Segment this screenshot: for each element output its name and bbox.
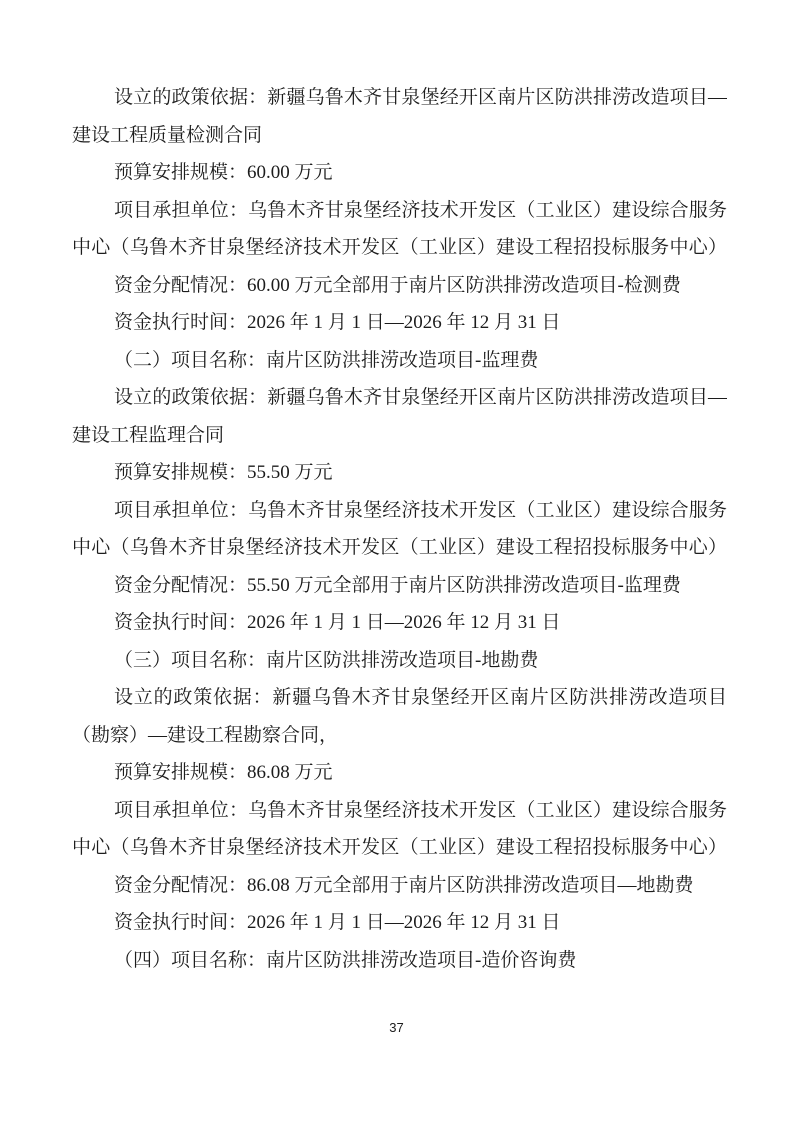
text-line: 中心（乌鲁木齐甘泉堡经济技术开发区（工业区）建设工程招投标服务中心） xyxy=(72,529,727,567)
text-line: 资金分配情况：60.00 万元全部用于南片区防洪排涝改造项目-检测费 xyxy=(72,267,727,305)
text-line: 设立的政策依据：新疆乌鲁木齐甘泉堡经开区南片区防洪排涝改造项目 xyxy=(72,679,727,717)
text-line: （勘察）—建设工程勘察合同， xyxy=(72,717,727,755)
text-line: 预算安排规模：86.08 万元 xyxy=(72,754,727,792)
text-line: 资金执行时间：2026 年 1 月 1 日—2026 年 12 月 31 日 xyxy=(72,604,727,642)
document-page: 设立的政策依据：新疆乌鲁木齐甘泉堡经开区南片区防洪排涝改造项目—建设工程质量检测… xyxy=(0,0,793,1122)
text-line: 项目承担单位：乌鲁木齐甘泉堡经济技术开发区（工业区）建设综合服务 xyxy=(72,792,727,830)
text-line: 建设工程质量检测合同 xyxy=(72,117,727,155)
text-line: 资金执行时间：2026 年 1 月 1 日—2026 年 12 月 31 日 xyxy=(72,904,727,942)
text-line: 资金分配情况：86.08 万元全部用于南片区防洪排涝改造项目—地勘费 xyxy=(72,867,727,905)
text-line: 中心（乌鲁木齐甘泉堡经济技术开发区（工业区）建设工程招投标服务中心） xyxy=(72,829,727,867)
text-line: （二）项目名称：南片区防洪排涝改造项目-监理费 xyxy=(72,342,727,380)
text-line: 预算安排规模：55.50 万元 xyxy=(72,454,727,492)
text-line: 项目承担单位：乌鲁木齐甘泉堡经济技术开发区（工业区）建设综合服务 xyxy=(72,192,727,230)
text-line: 设立的政策依据：新疆乌鲁木齐甘泉堡经开区南片区防洪排涝改造项目— xyxy=(72,79,727,117)
text-line: （四）项目名称：南片区防洪排涝改造项目-造价咨询费 xyxy=(72,942,727,980)
text-line: （三）项目名称：南片区防洪排涝改造项目-地勘费 xyxy=(72,642,727,680)
text-line: 建设工程监理合同 xyxy=(72,417,727,455)
text-line: 资金分配情况：55.50 万元全部用于南片区防洪排涝改造项目-监理费 xyxy=(72,567,727,605)
document-body: 设立的政策依据：新疆乌鲁木齐甘泉堡经开区南片区防洪排涝改造项目—建设工程质量检测… xyxy=(72,79,727,979)
text-line: 中心（乌鲁木齐甘泉堡经济技术开发区（工业区）建设工程招投标服务中心） xyxy=(72,229,727,267)
page-number: 37 xyxy=(0,1020,793,1035)
text-line: 资金执行时间：2026 年 1 月 1 日—2026 年 12 月 31 日 xyxy=(72,304,727,342)
text-line: 设立的政策依据：新疆乌鲁木齐甘泉堡经开区南片区防洪排涝改造项目— xyxy=(72,379,727,417)
text-line: 项目承担单位：乌鲁木齐甘泉堡经济技术开发区（工业区）建设综合服务 xyxy=(72,492,727,530)
text-line: 预算安排规模：60.00 万元 xyxy=(72,154,727,192)
